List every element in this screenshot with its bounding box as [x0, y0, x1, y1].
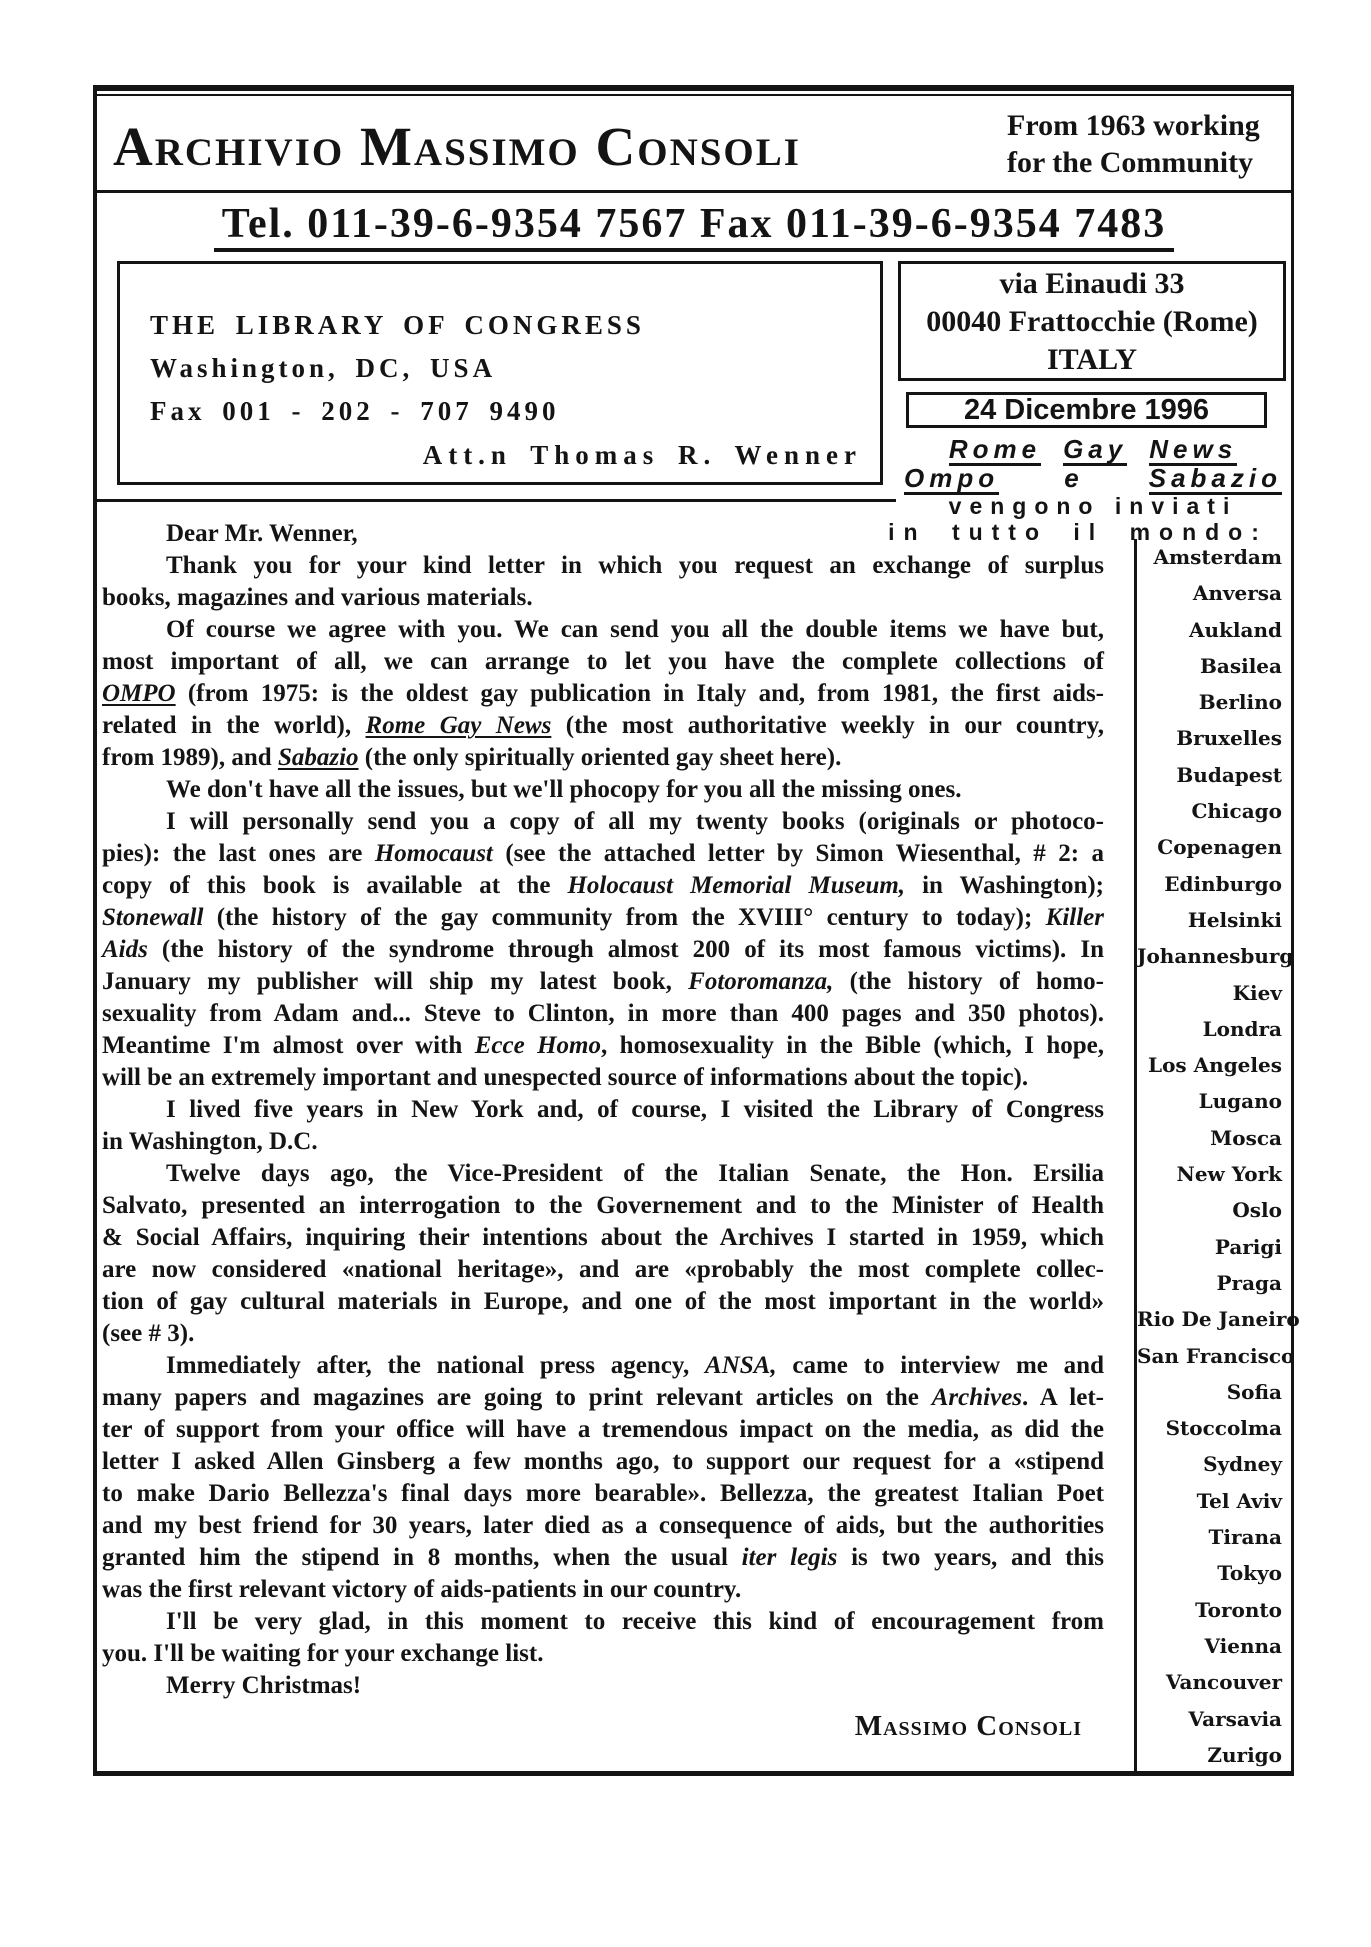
- city-item: Sydney: [1137, 1446, 1291, 1482]
- city-item: Londra: [1137, 1011, 1291, 1047]
- letter-line: related in the world), Rome Gay News (th…: [102, 710, 1104, 742]
- city-item: Amsterdam: [1137, 539, 1291, 575]
- city-item: Copenagen: [1137, 829, 1291, 865]
- letter-body: Dear Mr. Wenner,Thank you for your kind …: [102, 518, 1104, 1742]
- recipient-city: Washington, DC, USA: [150, 347, 880, 390]
- letter-line: & Social Affairs, inquiring their intent…: [102, 1222, 1104, 1254]
- letter-line: many papers and magazines are going to p…: [102, 1382, 1104, 1414]
- signature: Massimo Consoli: [102, 1710, 1104, 1742]
- letter-line: Salvato, presented an interrogation to t…: [102, 1190, 1104, 1222]
- letter-line: OMPO (from 1975: is the oldest gay publi…: [102, 678, 1104, 710]
- letter-line: Stonewall (the history of the gay commun…: [102, 902, 1104, 934]
- letter-line: Twelve days ago, the Vice-President of t…: [102, 1158, 1104, 1190]
- letter-line: from 1989), and Sabazio (the only spirit…: [102, 742, 1104, 774]
- city-item: Kiev: [1137, 975, 1291, 1011]
- letter-line: Dear Mr. Wenner,: [102, 518, 1104, 550]
- tel-fax-row: Tel. 011-39-6-9354 7567 Fax 011-39-6-935…: [97, 196, 1291, 258]
- city-item: Edinburgo: [1137, 866, 1291, 902]
- letter-line: books, magazines and various materials.: [102, 582, 1104, 614]
- city-item: Bruxelles: [1137, 720, 1291, 756]
- recipient-section-rule: [97, 499, 896, 502]
- letter-line: was the first relevant victory of aids-p…: [102, 1574, 1104, 1606]
- city-item: Tokyo: [1137, 1555, 1291, 1591]
- letter-line: to make Dario Bellezza's final days more…: [102, 1478, 1104, 1510]
- city-item: Toronto: [1137, 1592, 1291, 1628]
- city-item: Basilea: [1137, 648, 1291, 684]
- city-item: Vancouver: [1137, 1664, 1291, 1700]
- letter-line: Merry Christmas!: [102, 1670, 1104, 1702]
- sender-country: ITALY: [901, 341, 1283, 379]
- letter-line: Aids (the history of the syndrome throug…: [102, 934, 1104, 966]
- tagline: From 1963 working for the Community: [1007, 107, 1283, 181]
- date-box: 24 Dicembre 1996: [906, 392, 1267, 428]
- city-item: Johannesburg: [1137, 938, 1291, 974]
- letter-line: ter of support from your office will hav…: [102, 1414, 1104, 1446]
- letter-line: I'll be very glad, in this moment to rec…: [102, 1606, 1104, 1638]
- city-item: Los Angeles: [1137, 1047, 1291, 1083]
- masthead: Archivio Massimo Consoli From 1963 worki…: [97, 98, 1291, 193]
- publication-name: News: [1149, 436, 1237, 466]
- tel-fax-text: Tel. 011-39-6-9354 7567 Fax 011-39-6-935…: [214, 201, 1174, 252]
- city-item: Budapest: [1137, 757, 1291, 793]
- attention-line: Att.n Thomas R. Wenner: [150, 434, 880, 477]
- city-item: Lugano: [1137, 1083, 1291, 1119]
- city-item: San Francisco: [1137, 1338, 1291, 1374]
- pubs-row-1: RomeGayNews: [896, 436, 1290, 466]
- recipient-address-box: THE LIBRARY OF CONGRESS Washington, DC, …: [117, 261, 883, 485]
- city-item: Rio De Janeiro: [1137, 1301, 1291, 1337]
- organization-title: Archivio Massimo Consoli: [113, 115, 1001, 174]
- city-item: Anversa: [1137, 575, 1291, 611]
- city-item: New York: [1137, 1156, 1291, 1192]
- tagline-line-1: From 1963 working: [1007, 107, 1283, 144]
- letter-line: I lived five years in New York and, of c…: [102, 1094, 1104, 1126]
- letter-line: We don't have all the issues, but we'll …: [102, 774, 1104, 806]
- letter-sheet: Archivio Massimo Consoli From 1963 worki…: [93, 85, 1294, 1776]
- letter-line: copy of this book is available at the Ho…: [102, 870, 1104, 902]
- letter-line: pies): the last ones are Homocaust (see …: [102, 838, 1104, 870]
- letter-line: sexuality from Adam and... Steve to Clin…: [102, 998, 1104, 1030]
- letter-line: you. I'll be waiting for your exchange l…: [102, 1638, 1104, 1670]
- city-item: Tirana: [1137, 1519, 1291, 1555]
- city-item: Helsinki: [1137, 902, 1291, 938]
- letter-line: and my best friend for 30 years, later d…: [102, 1510, 1104, 1542]
- letter-line: (see # 3).: [102, 1318, 1104, 1350]
- city-item: Tel Aviv: [1137, 1483, 1291, 1519]
- city-item: Stoccolma: [1137, 1410, 1291, 1446]
- letter-line: tion of gay cultural materials in Europe…: [102, 1286, 1104, 1318]
- publication-name: Ompo: [904, 465, 999, 495]
- letter-line: January my publisher will ship my latest…: [102, 966, 1104, 998]
- letter-line: in Washington, D.C.: [102, 1126, 1104, 1158]
- letter-line: Thank you for your kind letter in which …: [102, 550, 1104, 582]
- recipient-name: THE LIBRARY OF CONGRESS: [150, 304, 880, 347]
- city-item: Oslo: [1137, 1192, 1291, 1228]
- city-list: AmsterdamAnversaAuklandBasileaBerlinoBru…: [1134, 539, 1291, 1771]
- city-item: Mosca: [1137, 1120, 1291, 1156]
- letter-line: most important of all, we can arrange to…: [102, 646, 1104, 678]
- letter-line: granted him the stipend in 8 months, whe…: [102, 1542, 1104, 1574]
- letter-line: are now considered «national heritage», …: [102, 1254, 1104, 1286]
- letter-line: I will personally send you a copy of all…: [102, 806, 1104, 838]
- city-item: Parigi: [1137, 1229, 1291, 1265]
- sender-address-box: via Einaudi 33 00040 Frattocchie (Rome) …: [898, 261, 1286, 381]
- publication-name: Rome: [949, 436, 1041, 466]
- city-item: Vienna: [1137, 1628, 1291, 1664]
- recipient-fax: Fax 001 - 202 - 707 9490: [150, 390, 880, 433]
- sender-city: 00040 Frattocchie (Rome): [901, 303, 1283, 341]
- city-item: Aukland: [1137, 612, 1291, 648]
- sender-street: via Einaudi 33: [901, 265, 1283, 303]
- city-item: Chicago: [1137, 793, 1291, 829]
- city-item: Sofia: [1137, 1374, 1291, 1410]
- city-item: Varsavia: [1137, 1701, 1291, 1737]
- letter-line: Immediately after, the national press ag…: [102, 1350, 1104, 1382]
- city-item: Berlino: [1137, 684, 1291, 720]
- publication-name: e: [1064, 465, 1083, 495]
- pubs-row-2: OmpoeSabazio: [896, 465, 1290, 495]
- top-double-rule: [97, 94, 1291, 96]
- letter-line: letter I asked Allen Ginsberg a few mont…: [102, 1446, 1104, 1478]
- letter-line: will be an extremely important and unesp…: [102, 1062, 1104, 1094]
- publication-name: Sabazio: [1149, 465, 1282, 495]
- distribution-note-1: vengono inviati: [896, 495, 1290, 518]
- tagline-line-2: for the Community: [1007, 144, 1283, 181]
- city-item: Praga: [1137, 1265, 1291, 1301]
- letter-line: Meantime I'm almost over with Ecce Homo,…: [102, 1030, 1104, 1062]
- publication-name: Gay: [1063, 436, 1127, 466]
- city-item: Zurigo: [1137, 1737, 1291, 1773]
- letter-line: Of course we agree with you. We can send…: [102, 614, 1104, 646]
